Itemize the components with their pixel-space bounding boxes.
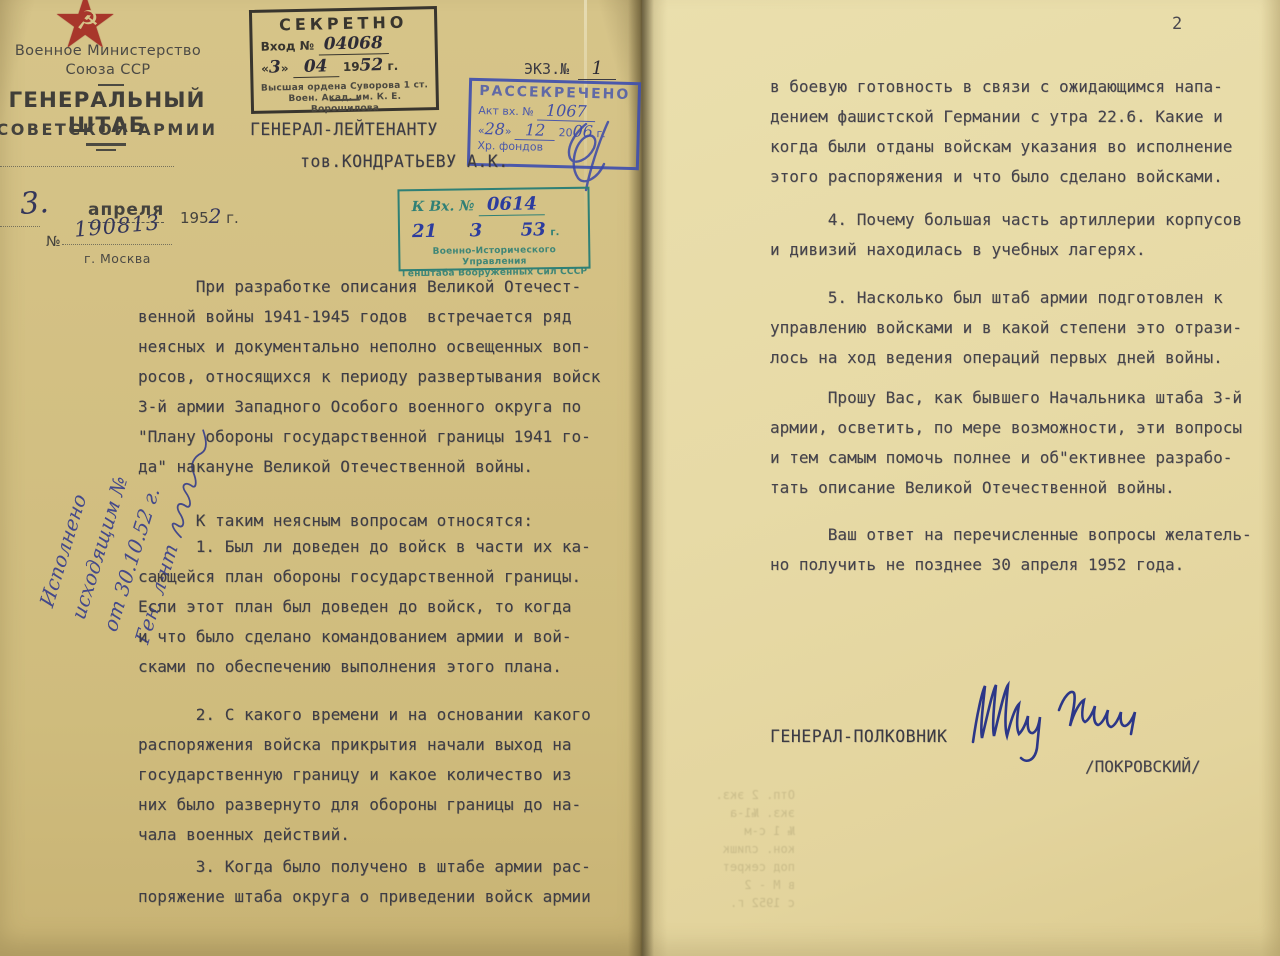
signer-name: /ПОКРОВСКИЙ/	[1085, 757, 1201, 776]
ministry-line1: Военное Министерство	[10, 42, 206, 61]
declass-signature	[548, 118, 618, 196]
paragraph-question-5: 5. Насколько был штаб армии подготовлен …	[770, 283, 1242, 373]
secret-stamp: СЕКРЕТНО Вход № 04068 «3» 04 1952 г. Выс…	[249, 6, 439, 114]
divider-dash	[98, 84, 124, 86]
paragraph-deadline: Ваш ответ на перечисленные вопросы желат…	[770, 520, 1252, 580]
act-label: Акт вх. №	[478, 104, 534, 118]
signer-rank: ГЕНЕРАЛ-ПОЛКОВНИК	[770, 727, 947, 746]
copy-number: ЭКЗ.№ 1	[524, 58, 616, 80]
secret-stamp-title: СЕКРЕТНО	[252, 12, 434, 35]
date-month-handwritten: 04	[292, 56, 338, 78]
date-day-handwritten: 21	[412, 221, 437, 242]
dotted-rule	[0, 226, 40, 227]
date-year-typed: 195	[180, 209, 209, 227]
copy-value-handwritten: 1	[578, 58, 616, 80]
letterhead-ministry: Военное Министерство Союза ССР	[10, 42, 206, 80]
date-month-handwritten: 3	[469, 220, 482, 241]
divider-dash	[86, 143, 126, 146]
entry-value-handwritten: 04068	[318, 33, 388, 55]
date-year-handwritten: 2	[209, 204, 222, 228]
incoming-entry-row: К Вх. № 0614	[412, 193, 588, 217]
dotted-rule	[0, 166, 174, 167]
org-line1: Военно-Исторического Управления	[400, 245, 588, 270]
incoming-stamp: К Вх. № 0614 21 3 53 г. Военно-Историчес…	[397, 187, 590, 272]
incoming-date-row: 21 3 53 г.	[412, 219, 588, 242]
paragraph-question-4: 4. Почему большая часть артиллерии корпу…	[770, 205, 1242, 265]
ministry-line2: Союза ССР	[10, 61, 206, 80]
date-year-suffix: г.	[226, 209, 239, 227]
paragraph-question-3: 3. Когда было получено в штабе армии рас…	[138, 852, 591, 912]
entry-label: Вход №	[261, 39, 315, 54]
year-handwritten: 52	[359, 55, 383, 75]
hammer-sickle-icon: ☭	[76, 8, 99, 34]
date-day-handwritten: 3	[269, 57, 281, 77]
entry-value-handwritten: 0614	[479, 193, 545, 216]
quote-close: »	[505, 125, 512, 138]
paragraph-question-3-continued: в боевую готовность в связи с ожидающимс…	[770, 72, 1232, 192]
number-label: №	[46, 234, 61, 250]
paragraph-question-2: 2. С какого времени и на основании каког…	[138, 700, 591, 850]
dotted-rule	[62, 244, 172, 245]
year-typed: 19	[343, 60, 360, 74]
document-scan: ★ ☭ Военное Министерство Союза ССР ГЕНЕР…	[0, 0, 1280, 956]
entry-label: К Вх. №	[412, 198, 475, 215]
date-day-handwritten: 3.	[19, 185, 50, 222]
divider-dash	[96, 149, 116, 151]
quote-close: »	[281, 61, 289, 75]
copy-label: ЭКЗ.№	[524, 60, 569, 78]
paragraph-request: Прошу Вас, как бывшего Начальника штаба …	[770, 383, 1242, 503]
secret-stamp-date-row: «3» 04 1952 г.	[261, 54, 435, 79]
date-year: 1952 г.	[180, 204, 239, 228]
date-suffix: г.	[550, 227, 559, 238]
bleed-through-text: Отп. 2 экз. экз. №1-а № 1 с-м кон. слишк…	[645, 786, 795, 912]
page-number: 2	[1172, 14, 1182, 34]
letterhead-org-line2: СОВЕТСКОЙ АРМИИ	[0, 120, 220, 139]
paragraph-intro: При разработке описания Великой Отечест-…	[138, 272, 600, 482]
date-year-handwritten: 53	[521, 219, 546, 240]
recipient-line1: ГЕНЕРАЛ-ЛЕЙТЕНАНТУ	[250, 120, 438, 139]
recipient-line2: тов.КОНДРАТЬЕВУ А.К.	[300, 152, 509, 171]
date-day-handwritten: 28	[484, 119, 505, 139]
secret-stamp-entry-row: Вход № 04068	[260, 32, 434, 57]
paragraph-question-1: 1. Был ли доведен до войск в части их ка…	[138, 532, 591, 682]
year-suffix: г.	[387, 59, 398, 73]
org-line2: Воен. Акад. им. К. Е. Ворошилова	[254, 91, 436, 117]
